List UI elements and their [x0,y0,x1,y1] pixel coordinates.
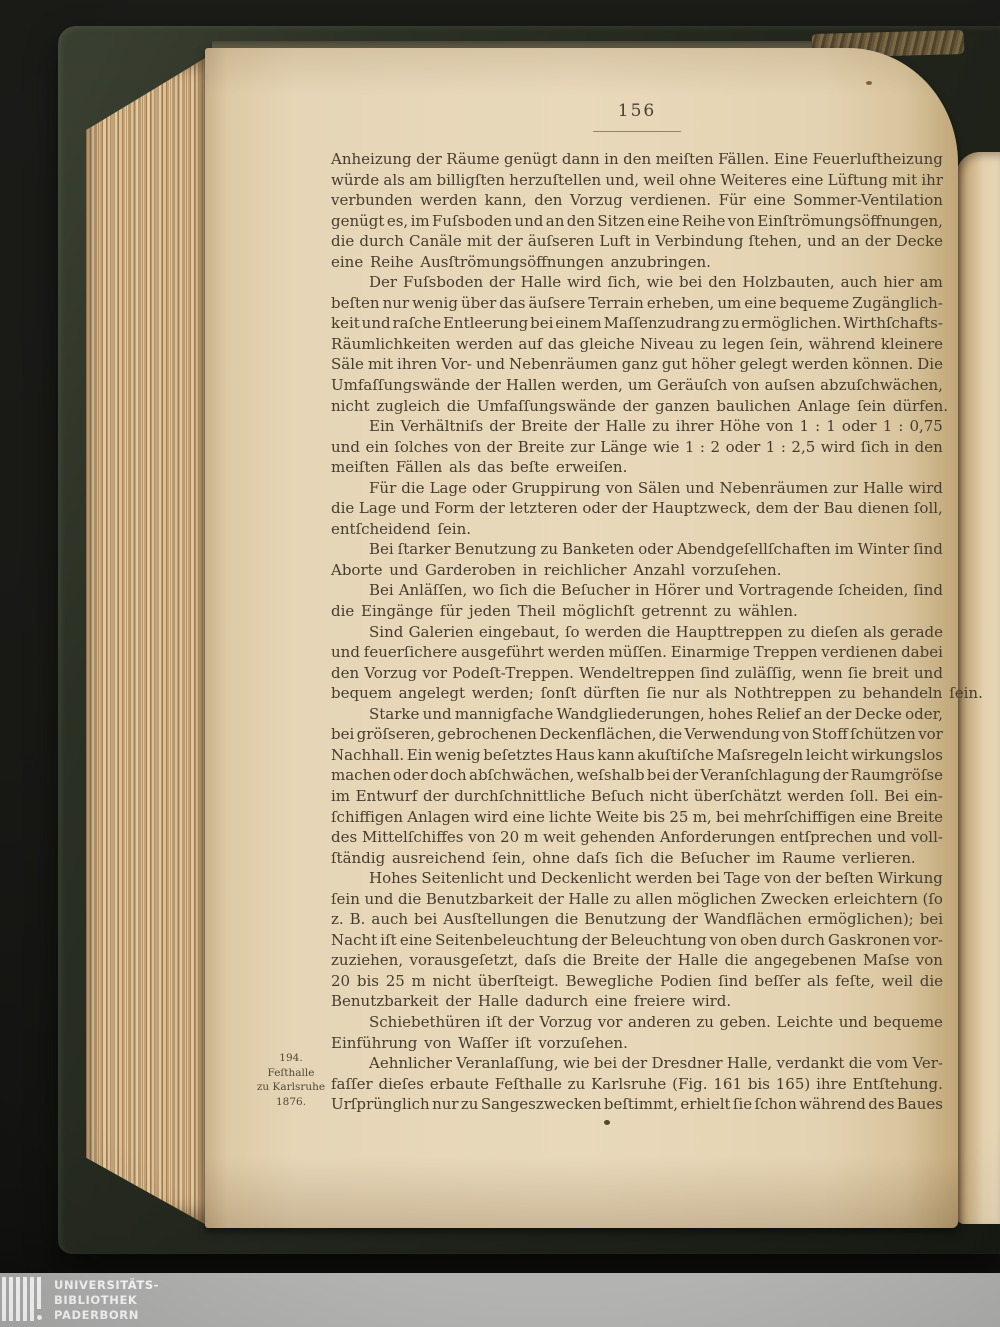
text-line: StarkeundmannigfacheWandgliederungen,hoh… [331,705,943,726]
library-logo [2,1277,42,1325]
margin-note-line: zu Karlsruhe [254,1080,328,1095]
text-line: eine Reihe Ausſtrömungsöffnungen anzubri… [331,253,943,274]
text-line: faſſerdieſeserbauteFeſthallezuKarlsruhe(… [331,1075,943,1096]
text-line: SindGalerieneingebaut,ſowerdendieHaupttr… [331,623,943,644]
text-line: würdealsambilligſtenherzuſtellenund,weil… [331,171,943,192]
text-line: UrſprünglichnurzuSangeszweckenbeſtimmt,e… [331,1095,943,1116]
page-edges-left [86,54,208,1228]
text-line: ſeinunddieBenutzbarkeitderHallezuallenmö… [331,890,943,911]
paragraph: AehnlicherVeranlaſſung,wiebeiderDresdner… [331,1054,943,1116]
text-line: bequem angelegt werden; ſonſt dürften ſi… [331,684,943,705]
text-line: zuziehen,vorausgeſetzt,daſsdieBreitederH… [331,951,943,972]
text-line: machenoderdochabſchwächen,weſshalbbeider… [331,766,943,787]
text-line: keitundraſcheEntleerungbeieinemMaſſenzud… [331,314,943,335]
paragraph: BeiAnläſſen,woſichdieBeſucherinHörerundV… [331,581,943,622]
paragraph: SchiebethüreniſtderVorzugvoranderenzugeb… [331,1013,943,1054]
stamp-line: PADERBORN [54,1308,159,1323]
text-line: ſchiffigenAnlagenwirdeinelichteWeitebis2… [331,808,943,829]
text-line: z.B.auchbeiAusſtellungendieBenutzungderW… [331,910,943,931]
paragraph: AnheizungderRäumegenügtdannindenmeiſtenF… [331,150,943,273]
paragraph: SindGalerieneingebaut,ſowerdendieHaupttr… [331,623,943,705]
logo-bar [30,1277,34,1321]
margin-note: 194. Feſthalle zu Karlsruhe 1876. [254,1051,328,1109]
paragraph: DerFuſsbodenderHallewirdſich,wiebeidenHo… [331,273,943,417]
text-line: ſtändig ausreichend ſein, ohne daſs ſich… [331,849,943,870]
text-line: Aborte und Garderoben in reichlicher Anz… [331,561,943,582]
dust-speck [604,1120,610,1125]
text-line: FürdieLageoderGruppirungvonSälenundNeben… [331,479,943,500]
text-line: imEntwurfderdurchſchnittlicheBeſuchnicht… [331,787,943,808]
text-line: denVorzugvorPodeſt-Treppen.Wendeltreppen… [331,664,943,685]
logo-bar [2,1277,6,1321]
text-line: meiſten Fällen als das beſte erweiſen. [331,458,943,479]
logo-exclamation-bar [37,1277,41,1309]
text-line: RäumlichkeitenwerdenaufdasgleicheNiveauz… [331,335,943,356]
text-line: beſtennurwenigüberdasäuſsereTerrainerheb… [331,294,943,315]
text-line: Nachhall.EinwenigbeſetztesHauskannakuſti… [331,746,943,767]
text-line: Benutzbarkeit der Halle dadurch eine fre… [331,992,943,1013]
text-line: nicht zugleich die Umfaſſungswände der g… [331,397,943,418]
text-line: SchiebethüreniſtderVorzugvoranderenzugeb… [331,1013,943,1034]
text-block: AnheizungderRäumegenügtdannindenmeiſtenF… [331,150,943,1116]
paragraph: HohesSeitenlichtundDeckenlichtwerdenbeiT… [331,869,943,1013]
text-line: UmfaſſungswändederHallenwerden,umGeräuſc… [331,376,943,397]
text-line: genügtes,imFuſsbodenundandenSitzeneineRe… [331,212,943,233]
text-line: BeiſtarkerBenutzungzuBanketenoderAbendge… [331,540,943,561]
text-line: undeinſolchesvonderBreitezurLängewie1:2o… [331,438,943,459]
text-line: AehnlicherVeranlaſſung,wiebeiderDresdner… [331,1054,943,1075]
library-stamp-text: UNIVERSITÄTS- BIBLIOTHEK PADERBORN [54,1278,159,1323]
stamp-line: BIBLIOTHEK [54,1293,159,1308]
paragraph: StarkeundmannigfacheWandgliederungen,hoh… [331,705,943,869]
text-line: 20bis25mnichtüberſteigt.BeweglichePodien… [331,972,943,993]
page-number-rule [593,131,681,132]
text-line: diedurchCanälemitderäuſserenLuftinVerbin… [331,232,943,253]
page-number: 156 [331,101,943,121]
text-line: desMittelſchiffesvon20mweitgehendenAnfor… [331,828,943,849]
logo-bar [16,1277,20,1321]
margin-note-line: 194. [254,1051,328,1066]
text-line: EinVerhältniſsderBreitederHallezuihrerHö… [331,417,943,438]
text-line: SälemitihrenVor-undNebenräumenganzguthöh… [331,355,943,376]
text-line: BeiAnläſſen,woſichdieBeſucherinHörerundV… [331,581,943,602]
margin-note-line: 1876. [254,1095,328,1110]
dust-speck [866,81,872,85]
paragraph: FürdieLageoderGruppirungvonSälenundNeben… [331,479,943,541]
text-line: beigröſseren,gebrochenenDeckenflächen,di… [331,725,943,746]
text-line: verbundenwerdenkann,denVorzugverdienen.F… [331,191,943,212]
margin-note-line: Feſthalle [254,1066,328,1081]
paragraph: BeiſtarkerBenutzungzuBanketenoderAbendge… [331,540,943,581]
text-line: dieLageundFormderletzterenoderderHauptzw… [331,499,943,520]
logo-bar [9,1277,13,1321]
text-line: undfeuerſichereausgeführtwerdenmüſſen.Ei… [331,643,943,664]
book-scan: 156 194. Feſthalle zu Karlsruhe 1876. An… [0,0,1000,1327]
text-line: AnheizungderRäumegenügtdannindenmeiſtenF… [331,150,943,171]
text-line: entſcheidend ſein. [331,520,943,541]
logo-bar [23,1277,27,1321]
stamp-line: UNIVERSITÄTS- [54,1278,159,1293]
text-line: die Eingänge für jeden Theil möglichſt g… [331,602,943,623]
text-line: Einführung von Waſſer iſt vorzuſehen. [331,1034,943,1055]
text-line: HohesSeitenlichtundDeckenlichtwerdenbeiT… [331,869,943,890]
text-line: NachtiſteineSeitenbeleuchtungderBeleucht… [331,931,943,952]
paragraph: EinVerhältniſsderBreitederHallezuihrerHö… [331,417,943,479]
library-banner: UNIVERSITÄTS- BIBLIOTHEK PADERBORN [0,1273,1000,1327]
logo-exclamation-dot [37,1315,42,1320]
text-line: DerFuſsbodenderHallewirdſich,wiebeidenHo… [331,273,943,294]
